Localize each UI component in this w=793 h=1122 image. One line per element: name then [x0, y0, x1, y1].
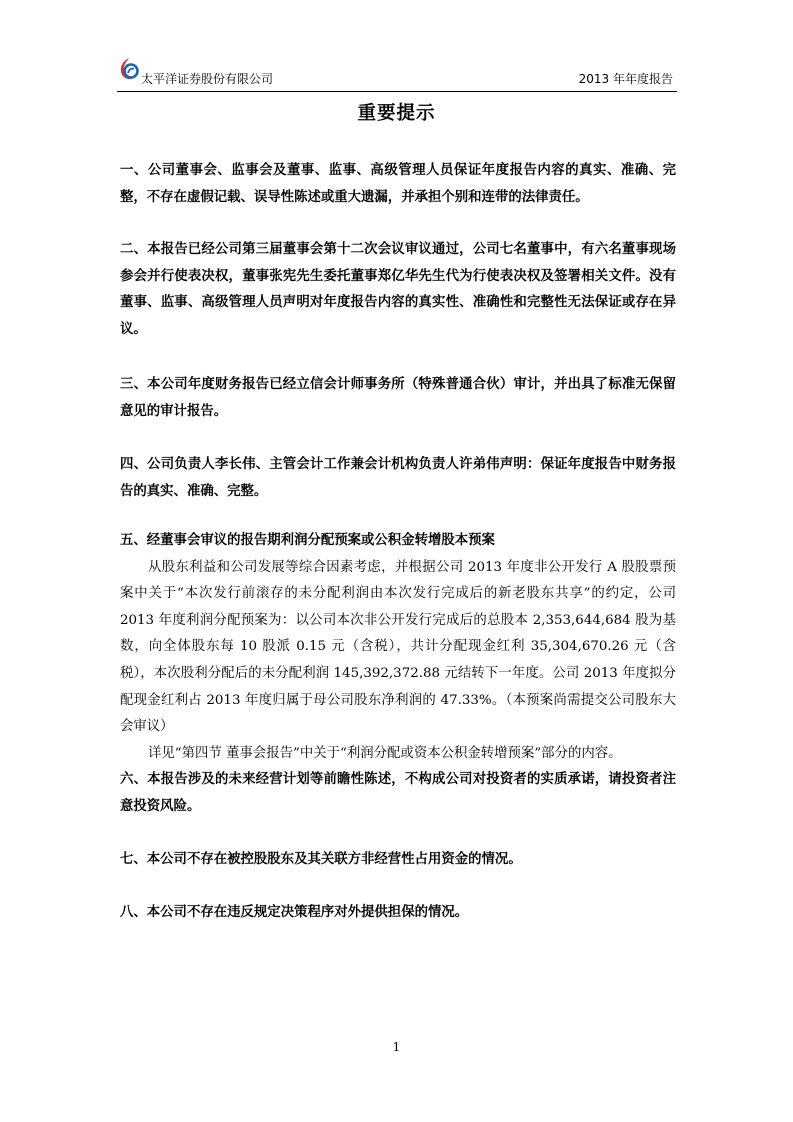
profit-distribution-paragraph: 从股东利益和公司发展等综合因素考虑，并根据公司 2013 年度非公开发行 A 股…: [120, 555, 676, 741]
company-name: 太平洋证券股份有限公司: [141, 72, 273, 87]
section-5-heading: 五、经董事会审议的报告期利润分配预案或公积金转增股本预案: [120, 528, 676, 555]
notice-section-5: 五、经董事会审议的报告期利润分配预案或公积金转增股本预案 从股东利益和公司发展等…: [120, 528, 676, 767]
report-name: 2013 年年度报告: [579, 72, 673, 87]
page-title: 重要提示: [0, 99, 793, 125]
notice-section-4: 四、公司负责人李长伟、主管会计工作兼会计机构负责人许弟伟声明：保证年度报告中财务…: [120, 452, 676, 505]
page-number: 1: [0, 1040, 793, 1054]
pacific-securities-logo-icon: [119, 57, 141, 81]
see-also-paragraph: 详见“第四节 董事会报告”中关于“利润分配或资本公积金转增预案”部分的内容。: [120, 741, 676, 768]
page-header: 太平洋证券股份有限公司 2013 年年度报告: [117, 55, 677, 92]
notice-section-6: 六、本报告涉及的未来经营计划等前瞻性陈述，不构成公司对投资者的实质承诺，请投资者…: [120, 767, 676, 820]
notice-section-3: 三、本公司年度财务报告已经立信会计师事务所（特殊普通合伙）审计，并出具了标准无保…: [120, 372, 676, 425]
notice-section-2: 二、本报告已经公司第三届董事会第十二次会议审议通过，公司七名董事中，有六名董事现…: [120, 237, 676, 343]
notice-section-8: 八、本公司不存在违反规定决策程序对外提供担保的情况。: [120, 900, 676, 927]
notice-section-7: 七、本公司不存在被控股股东及其关联方非经营性占用资金的情况。: [120, 847, 676, 874]
notice-section-1: 一、公司董事会、监事会及董事、监事、高级管理人员保证年度报告内容的真实、准确、完…: [120, 158, 676, 211]
